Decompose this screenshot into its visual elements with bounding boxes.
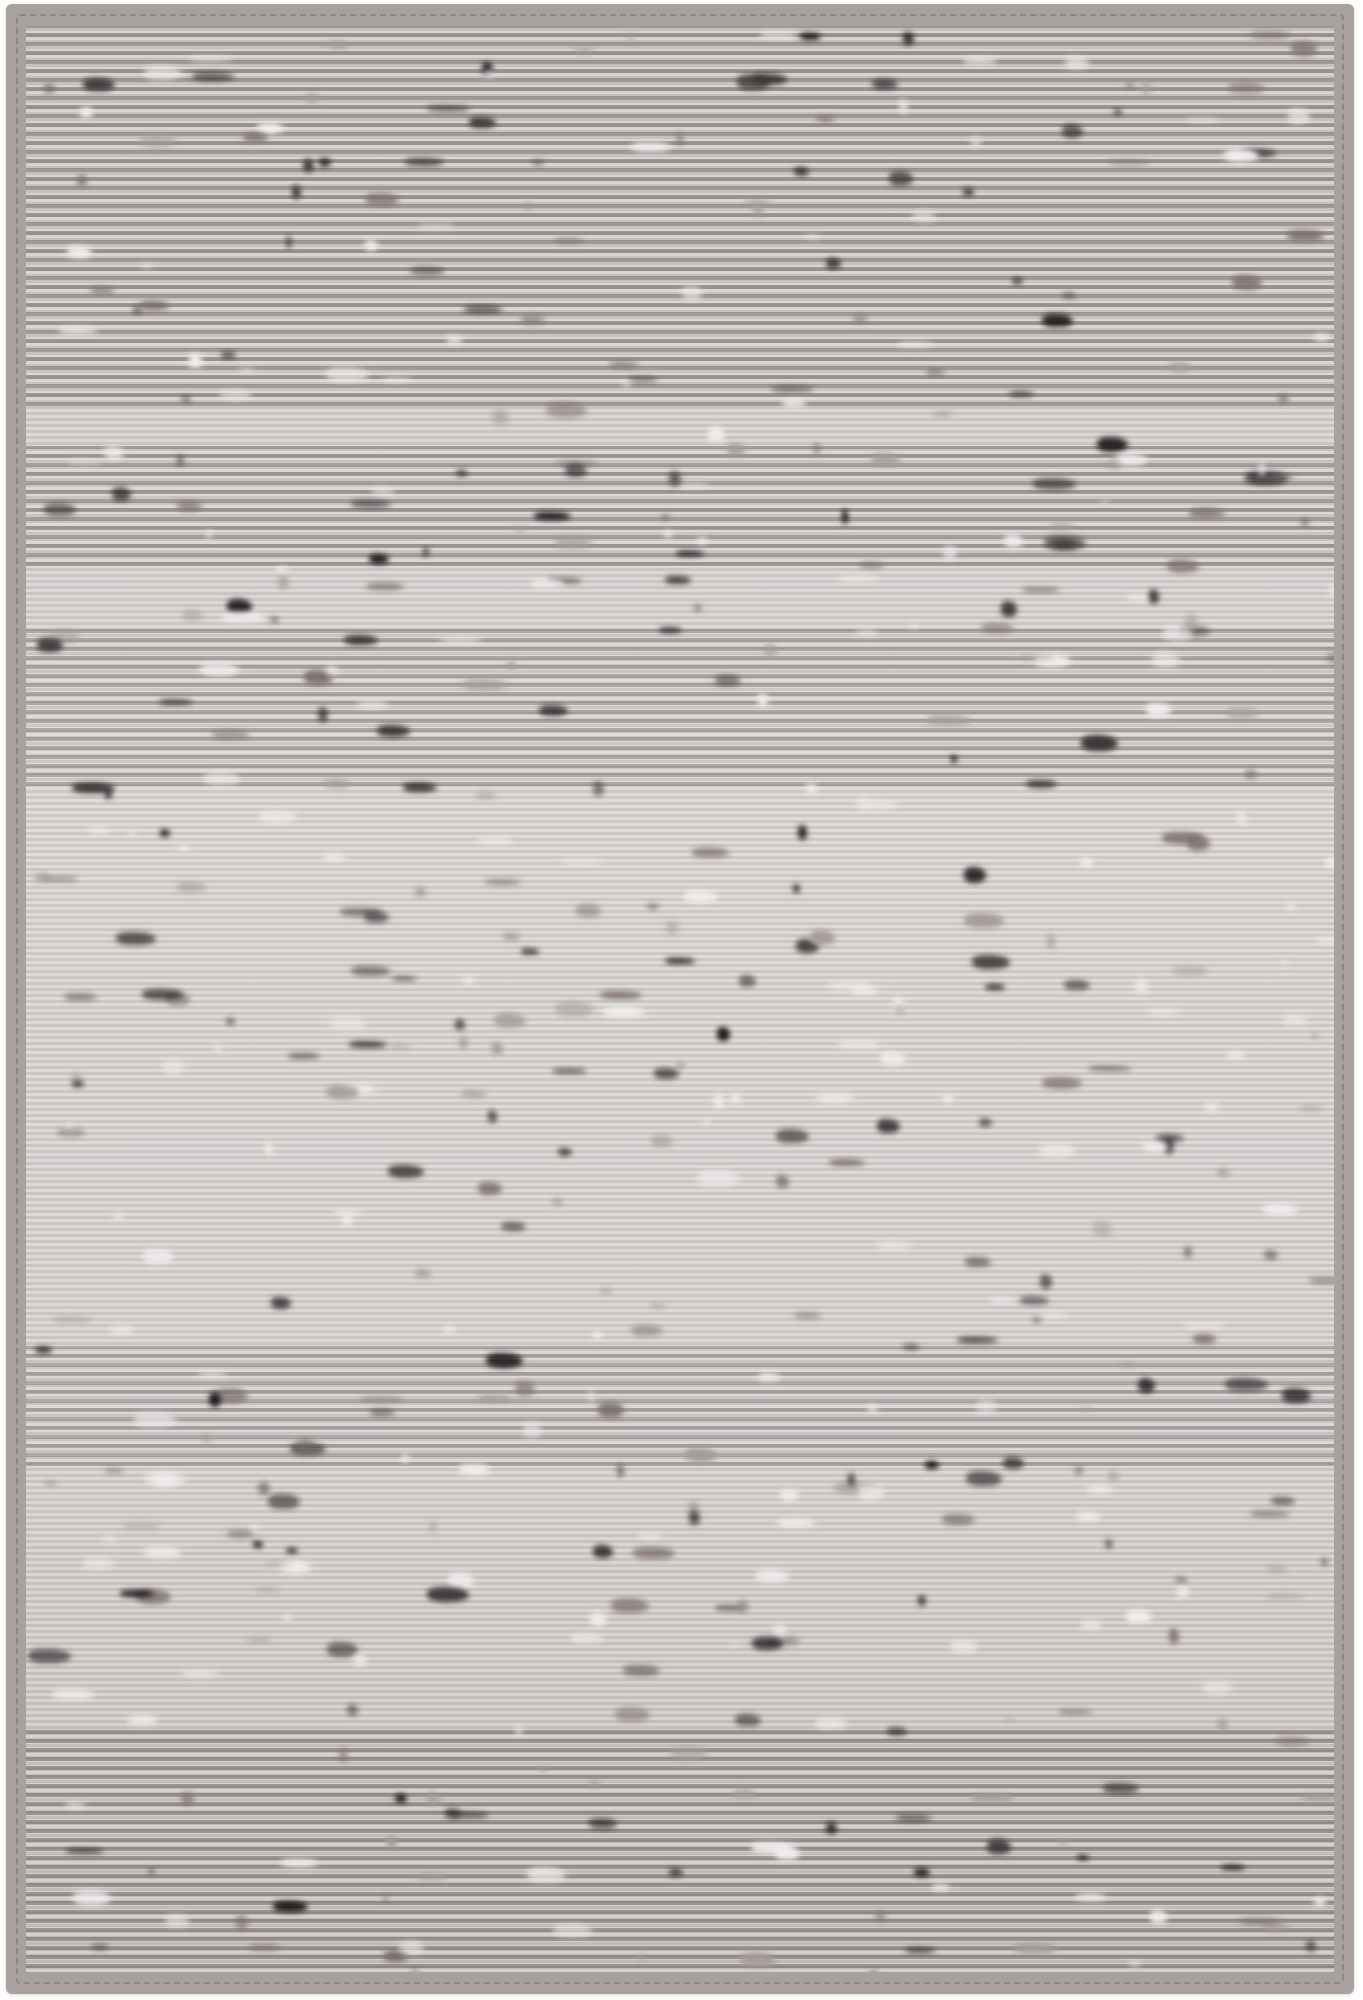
pattern-speck: [1039, 1312, 1069, 1319]
pattern-speck: [1306, 1940, 1316, 1952]
pattern-speck: [950, 1640, 978, 1653]
pattern-speck: [558, 1148, 572, 1156]
pattern-speck: [829, 1159, 866, 1165]
pattern-speck: [123, 1523, 160, 1529]
pattern-speck: [1114, 109, 1121, 115]
pattern-speck: [1321, 1558, 1328, 1566]
pattern-speck: [283, 1615, 292, 1621]
pattern-speck: [590, 1612, 607, 1626]
pattern-speck: [816, 116, 835, 122]
pattern-speck: [463, 977, 475, 984]
pattern-speck: [297, 1438, 314, 1451]
pattern-speck: [842, 509, 848, 525]
pattern-speck: [957, 1337, 998, 1342]
pattern-band: [26, 1726, 1334, 1972]
pattern-speck: [65, 1802, 86, 1807]
pattern-speck: [1314, 1898, 1326, 1906]
pattern-speck: [192, 72, 235, 80]
pattern-speck: [216, 1388, 247, 1403]
pattern-speck: [159, 699, 193, 705]
pattern-speck: [53, 1317, 92, 1322]
pattern-speck: [1093, 1221, 1112, 1237]
pattern-speck: [258, 1482, 270, 1495]
pattern-speck: [144, 66, 183, 80]
pattern-speck: [515, 1381, 535, 1396]
pattern-speck: [631, 142, 671, 152]
pattern-speck: [972, 955, 1010, 969]
pattern-speck: [478, 1182, 502, 1195]
pattern-speck: [927, 714, 971, 726]
pattern-speck: [347, 1704, 358, 1716]
pattern-speck: [292, 185, 301, 200]
pattern-speck: [1081, 735, 1118, 751]
pattern-speck: [1088, 1066, 1132, 1070]
pattern-speck: [665, 576, 691, 583]
pattern-speck: [593, 781, 605, 795]
pattern-speck: [793, 884, 799, 892]
pattern-speck: [1184, 1246, 1191, 1258]
pattern-speck: [128, 830, 135, 834]
pattern-speck: [717, 1027, 730, 1041]
pattern-speck: [141, 264, 153, 269]
pattern-speck: [383, 377, 411, 382]
pattern-speck: [730, 1643, 739, 1647]
pattern-speck: [494, 1013, 526, 1028]
pattern-speck: [202, 1435, 211, 1442]
pattern-speck: [651, 1135, 673, 1147]
pattern-speck: [1281, 960, 1289, 965]
pattern-speck: [684, 890, 719, 903]
pattern-speck: [1040, 1274, 1052, 1289]
pattern-speck: [553, 1924, 593, 1937]
pattern-speck: [692, 848, 729, 858]
pattern-speck: [826, 258, 841, 269]
pattern-speck: [143, 1249, 173, 1264]
pattern-speck: [403, 783, 436, 792]
pattern-speck: [697, 1170, 741, 1185]
pattern-speck: [105, 1469, 124, 1473]
pattern-speck: [1003, 1457, 1024, 1469]
pattern-speck: [44, 84, 54, 93]
pattern-speck: [777, 1519, 814, 1528]
pattern-speck: [1226, 707, 1258, 720]
pattern-speck: [895, 1005, 905, 1015]
pattern-speck: [979, 1118, 992, 1126]
pattern-speck: [353, 1654, 367, 1667]
pattern-speck: [589, 1818, 617, 1830]
pattern-speck: [638, 1534, 662, 1539]
pattern-speck: [1004, 1717, 1015, 1721]
pattern-speck: [1064, 980, 1090, 990]
pattern-speck: [389, 1044, 411, 1049]
pattern-speck: [1269, 474, 1295, 479]
pattern-speck: [326, 1085, 360, 1099]
pattern-speck: [120, 1590, 154, 1597]
pattern-speck: [57, 1128, 85, 1138]
pattern-speck: [976, 1399, 997, 1413]
pattern-speck: [1276, 1736, 1310, 1746]
pattern-speck: [268, 1494, 300, 1509]
pattern-speck: [1189, 508, 1225, 519]
pattern-speck: [1146, 703, 1171, 717]
pattern-speck: [507, 660, 516, 669]
pattern-speck: [1245, 769, 1257, 779]
rug-field-pattern: [26, 26, 1334, 1972]
pattern-speck: [1105, 1539, 1113, 1549]
pattern-speck: [1167, 559, 1199, 572]
pattern-speck: [1287, 230, 1324, 241]
pattern-speck: [1103, 1783, 1139, 1795]
pattern-speck: [856, 630, 878, 637]
pattern-speck: [531, 579, 564, 588]
pattern-speck: [897, 342, 933, 347]
pattern-speck: [417, 1872, 447, 1880]
pattern-speck: [140, 134, 176, 149]
pattern-speck: [1075, 1466, 1083, 1476]
pattern-speck: [688, 1502, 699, 1510]
pattern-speck: [215, 1044, 222, 1052]
pattern-speck: [1183, 1322, 1225, 1330]
pattern-speck: [1169, 362, 1190, 372]
pattern-speck: [116, 932, 156, 946]
pattern-speck: [370, 1409, 395, 1416]
pattern-speck: [764, 643, 777, 658]
pattern-speck: [67, 246, 92, 258]
pattern-speck: [286, 1548, 298, 1553]
pattern-speck: [560, 859, 604, 866]
pattern-speck: [1169, 1628, 1179, 1643]
pattern-speck: [670, 1746, 708, 1760]
pattern-speck: [715, 675, 742, 687]
pattern-speck: [896, 1814, 932, 1821]
pattern-speck: [552, 1069, 587, 1073]
pattern-speck: [1108, 1472, 1119, 1481]
pattern-speck: [810, 930, 835, 945]
pattern-speck: [319, 158, 331, 167]
pattern-speck: [758, 693, 769, 706]
pattern-speck: [1022, 588, 1060, 593]
pattern-speck: [392, 976, 417, 981]
pattern-speck: [609, 361, 639, 368]
pattern-speck: [858, 1485, 884, 1500]
pattern-speck: [708, 427, 725, 441]
pattern-speck: [288, 1053, 320, 1059]
pattern-speck: [737, 74, 770, 90]
pattern-speck: [1126, 1610, 1152, 1624]
pattern-speck: [37, 638, 63, 652]
pattern-speck: [621, 382, 632, 387]
pattern-speck: [1175, 1578, 1187, 1582]
pattern-speck: [212, 730, 250, 740]
pattern-speck: [1032, 1317, 1042, 1323]
pattern-speck: [1108, 160, 1151, 165]
pattern-speck: [306, 92, 320, 105]
pattern-speck: [64, 993, 98, 1001]
pattern-speck: [503, 933, 520, 941]
pattern-speck: [1162, 832, 1202, 844]
pattern-speck: [615, 1707, 650, 1722]
pattern-speck: [943, 545, 957, 559]
pattern-speck: [737, 1600, 748, 1613]
pattern-speck: [880, 1052, 906, 1065]
pattern-speck: [1150, 1910, 1166, 1923]
pattern-speck: [1014, 1943, 1055, 1955]
pattern-speck: [521, 315, 545, 324]
pattern-speck: [576, 904, 601, 918]
pattern-speck: [181, 396, 191, 402]
pattern-speck: [739, 975, 756, 986]
pattern-speck: [669, 471, 681, 485]
pattern-speck: [752, 1637, 782, 1649]
pattern-speck: [1300, 1106, 1323, 1111]
pattern-speck: [1202, 1681, 1232, 1694]
pattern-speck: [182, 1671, 218, 1677]
pattern-speck: [694, 604, 703, 612]
pattern-speck: [44, 1481, 57, 1485]
pattern-speck: [1097, 437, 1128, 453]
pattern-speck: [52, 1690, 95, 1700]
pattern-speck: [476, 792, 496, 799]
pattern-speck: [669, 1868, 683, 1877]
pattern-speck: [971, 1794, 1014, 1802]
pattern-speck: [265, 127, 274, 132]
pattern-speck: [369, 554, 389, 564]
pattern-speck: [1042, 1077, 1081, 1089]
pattern-speck: [430, 1520, 437, 1534]
pattern-speck: [177, 501, 202, 512]
pattern-speck: [177, 455, 184, 467]
pattern-speck: [627, 33, 633, 43]
pattern-speck: [806, 234, 820, 240]
pattern-speck: [455, 1019, 465, 1030]
pattern-speck: [1172, 966, 1208, 976]
pattern-speck: [372, 487, 395, 496]
pattern-speck: [426, 1792, 441, 1805]
pattern-speck: [798, 825, 807, 840]
pattern-speck: [677, 1062, 685, 1069]
pattern-speck: [387, 1836, 397, 1849]
pattern-speck: [600, 1289, 612, 1293]
pattern-speck: [1119, 1363, 1135, 1367]
pattern-speck: [1138, 1378, 1155, 1392]
pattern-speck: [981, 623, 1014, 632]
pattern-speck: [265, 1142, 272, 1155]
pattern-speck: [523, 1423, 542, 1438]
pattern-speck: [1286, 901, 1296, 912]
pattern-speck: [756, 1570, 789, 1582]
pattern-speck: [1009, 391, 1034, 397]
pattern-speck: [501, 1222, 526, 1231]
pattern-speck: [1217, 1718, 1228, 1731]
pattern-speck: [423, 547, 429, 557]
pattern-speck: [83, 1558, 115, 1569]
pattern-speck: [340, 908, 382, 917]
pattern-speck: [459, 1036, 468, 1049]
pattern-speck: [144, 1547, 182, 1558]
pattern-speck: [1301, 519, 1309, 527]
pattern-speck: [628, 377, 659, 382]
pattern-speck: [243, 133, 269, 142]
pattern-speck: [1020, 1296, 1049, 1305]
pattern-speck: [1185, 613, 1198, 628]
pattern-speck: [1187, 118, 1219, 122]
pattern-speck: [638, 1953, 646, 1961]
pattern-speck: [800, 33, 821, 40]
pattern-speck: [488, 1110, 497, 1123]
pattern-speck: [912, 211, 936, 221]
pattern-speck: [259, 811, 298, 823]
pattern-speck: [1026, 780, 1057, 788]
pattern-speck: [140, 301, 169, 310]
pattern-speck: [1193, 1334, 1216, 1344]
pattern-speck: [838, 576, 879, 581]
pattern-speck: [90, 287, 115, 294]
pattern-speck: [963, 188, 973, 196]
pattern-speck: [206, 529, 213, 540]
pattern-speck: [102, 1536, 118, 1541]
pattern-speck: [222, 612, 265, 622]
pattern-speck: [665, 958, 695, 964]
pattern-speck: [925, 1461, 939, 1470]
pattern-speck: [67, 460, 103, 465]
pattern-speck: [876, 1241, 914, 1250]
pattern-speck: [105, 790, 112, 799]
pattern-speck: [1081, 1620, 1103, 1629]
pattern-speck: [388, 1165, 424, 1177]
pattern-speck: [328, 40, 346, 50]
pattern-speck: [204, 772, 239, 785]
pattern-speck: [963, 58, 997, 64]
pattern-speck: [593, 1331, 602, 1339]
pattern-speck: [72, 1081, 84, 1087]
pattern-speck: [555, 536, 592, 549]
pattern-speck: [1325, 857, 1334, 868]
pattern-speck: [1058, 1710, 1093, 1714]
pattern-speck: [565, 464, 587, 477]
pattern-speck: [477, 838, 515, 844]
pattern-speck: [253, 1541, 263, 1547]
pattern-speck: [182, 610, 203, 621]
pattern-speck: [276, 567, 288, 573]
pattern-speck: [816, 1093, 854, 1103]
pattern-speck: [598, 1402, 624, 1418]
pattern-speck: [395, 1794, 407, 1803]
pattern-speck: [521, 949, 539, 955]
pattern-speck: [905, 1948, 936, 1953]
pattern-speck: [1263, 1204, 1298, 1215]
pattern-speck: [1001, 601, 1017, 616]
pattern-speck: [412, 1969, 419, 1972]
pattern-speck: [889, 171, 912, 186]
pattern-speck: [1264, 1250, 1278, 1260]
pattern-speck: [1224, 149, 1258, 161]
pattern-speck: [303, 159, 314, 172]
pattern-speck: [271, 1297, 292, 1309]
pattern-speck: [254, 1587, 281, 1592]
pattern-speck: [654, 1068, 679, 1079]
pattern-speck: [828, 983, 871, 988]
pattern-speck: [270, 618, 279, 623]
pattern-speck: [932, 1884, 949, 1891]
pattern-speck: [966, 1471, 1002, 1486]
pattern-speck: [160, 829, 170, 837]
pattern-speck: [650, 1303, 665, 1309]
pattern-speck: [77, 175, 87, 186]
pattern-speck: [1267, 1565, 1288, 1573]
pattern-speck: [539, 705, 568, 716]
pattern-speck: [555, 1001, 593, 1016]
pattern-speck: [28, 1649, 71, 1663]
pattern-band: [26, 626, 1334, 786]
pattern-speck: [154, 1475, 177, 1486]
pattern-speck: [73, 1890, 110, 1906]
pattern-speck: [1053, 540, 1076, 549]
pattern-speck: [1227, 1051, 1245, 1059]
pattern-speck: [760, 31, 797, 39]
pattern-speck: [552, 1199, 563, 1205]
pattern-speck: [349, 1041, 386, 1047]
pattern-speck: [239, 368, 255, 372]
pattern-speck: [1148, 1009, 1180, 1015]
pattern-speck: [685, 1448, 717, 1462]
pattern-speck: [326, 367, 369, 382]
pattern-speck: [247, 1638, 271, 1642]
pattern-speck: [546, 402, 588, 418]
pattern-speck: [377, 725, 410, 737]
pattern-speck: [677, 131, 684, 146]
pattern-speck: [1250, 31, 1291, 40]
pattern-speck: [1302, 1794, 1334, 1801]
pattern-speck: [951, 755, 957, 763]
pattern-speck: [623, 1665, 660, 1677]
pattern-speck: [1271, 1497, 1295, 1505]
pattern-speck: [1042, 314, 1073, 328]
pattern-speck: [1077, 1855, 1089, 1859]
pattern-speck: [1058, 1840, 1069, 1846]
pattern-speck: [703, 1120, 711, 1125]
pattern-speck: [286, 235, 292, 248]
pattern-speck: [1163, 626, 1193, 640]
pattern-speck: [351, 966, 392, 976]
pattern-speck: [88, 828, 111, 833]
pattern-speck: [815, 1718, 848, 1729]
pattern-speck: [910, 623, 918, 630]
pattern-speck: [853, 315, 868, 323]
pattern-speck: [1205, 1102, 1220, 1113]
pattern-speck: [42, 877, 78, 882]
pattern-speck: [344, 635, 378, 645]
pattern-speck: [1108, 457, 1120, 470]
pattern-speck: [273, 1901, 308, 1913]
pattern-speck: [415, 887, 426, 897]
pattern-speck: [324, 778, 351, 789]
pattern-speck: [659, 627, 683, 633]
pattern-speck: [914, 1868, 930, 1877]
pattern-speck: [58, 327, 98, 334]
pattern-speck: [110, 1326, 135, 1334]
pattern-speck: [265, 1562, 294, 1566]
pattern-speck: [875, 1912, 886, 1921]
pattern-speck: [220, 390, 253, 400]
pattern-speck: [570, 1634, 604, 1642]
pattern-speck: [165, 1915, 190, 1927]
pattern-speck: [987, 1839, 1011, 1854]
pattern-speck: [1283, 1015, 1308, 1026]
pattern-speck: [794, 1312, 822, 1319]
pattern-speck: [461, 1090, 487, 1097]
pattern-speck: [128, 1715, 158, 1725]
pattern-speck: [399, 1941, 425, 1954]
